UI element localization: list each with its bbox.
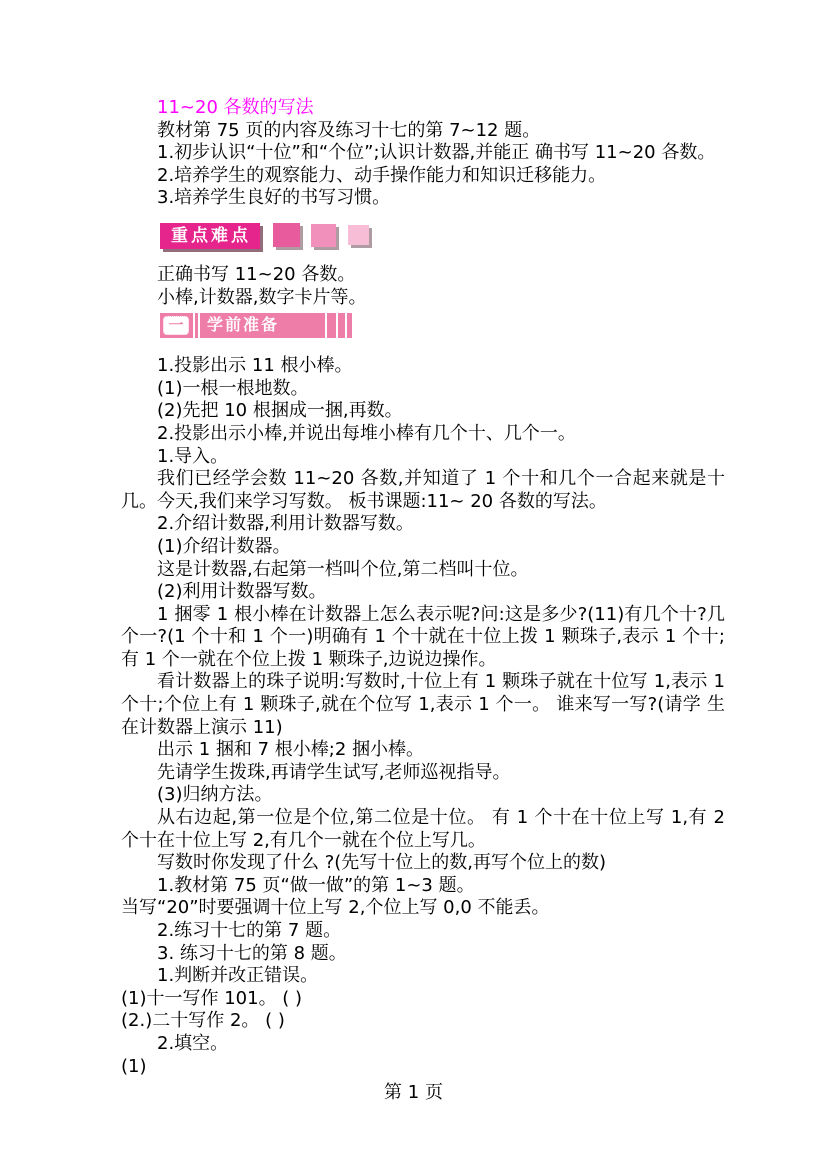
paragraph: 2.培养学生的观察能力、动手操作能力和知识迁移能力。 [121,165,725,188]
paragraph: 1 捆零 1 根小棒在计数器上怎么表示呢?问:这是多少?(11)有几个十?几个一… [121,604,725,672]
paragraph: 1.导入。 [121,446,725,469]
paragraph: 3.培养学生良好的书写习惯。 [121,187,725,210]
decor-square-light-pink [348,225,369,245]
paragraph: (1)介绍计数器。 [121,536,725,559]
page-number-footer: 第 1 页 [0,1078,827,1104]
section-number-box: 一 [163,316,189,335]
paragraph: 从右边起,第一位是个位,第二位是十位。 有 1 个十在十位上写 1,有 2 个十… [121,807,725,852]
paragraph: (1)十一写作 101。 ( ) [121,988,725,1011]
paragraph: 当写“20”时要强调十位上写 2,个位上写 0,0 不能丢。 [121,897,725,920]
paragraph: 1.投影出示 11 根小棒。 [121,355,725,378]
paragraph: 2.介绍计数器,利用计数器写数。 [121,513,725,536]
decor-square-medium-pink [311,224,336,247]
paragraph: (1)一根一根地数。 [121,378,725,401]
banner-stripe [336,313,338,338]
paragraph: 1.判断并改正错误。 [121,965,725,988]
decor-square-dark-pink [273,223,300,247]
banner-stripe [193,313,195,338]
section-title: 学前准备 [207,314,279,337]
key-points-header: 重点难点 [160,223,725,252]
paragraph: 3. 练习十七的第 8 题。 [121,943,725,966]
paragraph: (2)先把 10 根捆成一捆,再数。 [121,400,725,423]
banner-stripe [325,313,327,338]
paragraph: 教材第 75 页的内容及练习十七的第 7~12 题。 [121,120,725,143]
key-points-badge: 重点难点 [160,223,260,249]
paragraph: 看计数器上的珠子说明:写数时,十位上有 1 颗珠子就在十位写 1,表示 1 个十… [121,671,725,739]
document-page: 11~20 各数的写法 教材第 75 页的内容及练习十七的第 7~12 题。 1… [0,0,827,1170]
banner-stripe [345,313,347,338]
paragraph: 正确书写 11~20 各数。 [121,264,725,287]
paragraph: 先请学生拨珠,再请学生试写,老师巡视指导。 [121,762,725,785]
paragraph: 出示 1 捆和 7 根小棒;2 捆小棒。 [121,739,725,762]
section-number: 一 [168,318,183,333]
banner-stripe [198,313,200,338]
paragraph: 写数时你发现了什么 ?(先写十位上的数,再写个位上的数) [121,852,725,875]
paragraph: 2.练习十七的第 7 题。 [121,920,725,943]
paragraph: 1.教材第 75 页“做一做”的第 1~3 题。 [121,875,725,898]
prep-section-banner: 一 学前准备 [160,313,352,338]
paragraph: 2.填空。 [121,1033,725,1056]
page-title: 11~20 各数的写法 [121,97,725,120]
paragraph: 这是计数器,右起第一档叫个位,第二档叫十位。 [121,559,725,582]
paragraph: 小棒,计数器,数字卡片等。 [121,287,725,310]
paragraph: (3)归纳方法。 [121,784,725,807]
document-body: 11~20 各数的写法 教材第 75 页的内容及练习十七的第 7~12 题。 1… [121,97,725,1078]
paragraph: 我们已经学会数 11~20 各数,并知道了 1 个十和几个一合起来就是十几。今天… [121,468,725,513]
paragraph: 2.投影出示小棒,并说出每堆小棒有几个十、几个一。 [121,423,725,446]
paragraph: (2)利用计数器写数。 [121,581,725,604]
paragraph: (2.)二十写作 2。 ( ) [121,1010,725,1033]
paragraph: (1) [121,1056,725,1079]
paragraph: 1.初步认识“十位”和“个位”;认识计数器,并能正 确书写 11~20 各数。 [121,142,725,165]
